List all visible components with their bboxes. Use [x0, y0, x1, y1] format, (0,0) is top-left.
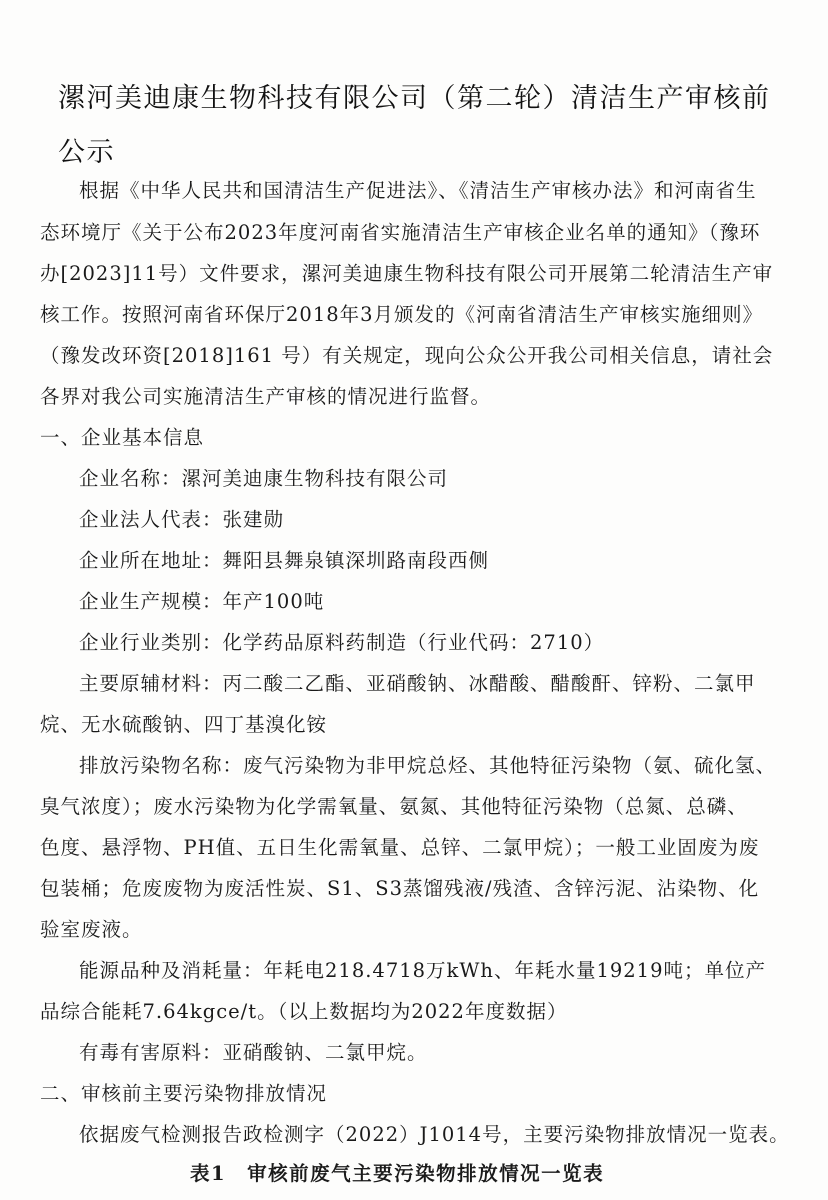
title-line-1: 漯河美迪康生物科技有限公司（第二轮）清洁生产审核前	[58, 72, 778, 126]
intro-line-2: 态环境厅《关于公布2023年度河南省实施清洁生产审核企业名单的通知》（豫环	[40, 220, 800, 246]
pollutants-line-1: 排放污染物名称：废气污染物为非甲烷总烃、其他特征污染物（氨、硫化氢、	[79, 753, 828, 779]
pollutants-line-3: 色度、悬浮物、PH值、五日生化需氧量、总锌、二氯甲烷）；一般工业固废为废	[40, 835, 800, 861]
title-line-2: 公示	[58, 126, 778, 180]
energy-line-1: 能源品种及消耗量：年耗电218.4718万kWh、年耗水量19219吨；单位产	[79, 958, 828, 984]
materials-line-1: 主要原辅材料：丙二酸二乙酯、亚硝酸钠、冰醋酸、醋酸酐、锌粉、二氯甲	[79, 671, 828, 697]
pollutants-line-5: 验室废液。	[40, 917, 800, 943]
pollutants-line-2: 臭气浓度）；废水污染物为化学需氧量、氨氮、其他特征污染物（总氮、总磷、	[40, 794, 800, 820]
energy-line-2: 品综合能耗7.64kgce/t。（以上数据均为2022年度数据）	[40, 999, 800, 1025]
section-2-text: 依据废气检测报告政检测字（2022）J1014号，主要污染物排放情况一览表。	[79, 1122, 828, 1148]
table-caption: 表1 审核前废气主要污染物排放情况一览表	[190, 1161, 828, 1187]
intro-line-6: 各界对我公司实施清洁生产审核的情况进行监督。	[40, 384, 800, 410]
intro-line-4: 核工作。按照河南省环保厅2018年3月颁发的《河南省清洁生产审核实施细则》	[40, 302, 800, 328]
materials-line-2: 烷、无水硫酸钠、四丁基溴化铵	[40, 712, 800, 738]
intro-line-3: 办[2023]11号）文件要求，漯河美迪康生物科技有限公司开展第二轮清洁生产审	[40, 261, 800, 287]
industry-category: 企业行业类别：化学药品原料药制造（行业代码：2710）	[79, 630, 828, 656]
legal-representative: 企业法人代表：张建勋	[79, 507, 828, 533]
section-1-heading: 一、企业基本信息	[40, 425, 800, 451]
company-address: 企业所在地址：舞阳县舞泉镇深圳路南段西侧	[79, 548, 828, 574]
pollutants-line-4: 包装桶；危废废物为废活性炭、S1、S3蒸馏残液/残渣、含锌污泥、沾染物、化	[40, 876, 800, 902]
toxic-materials: 有毒有害原料：亚硝酸钠、二氯甲烷。	[79, 1040, 828, 1066]
document-title: 漯河美迪康生物科技有限公司（第二轮）清洁生产审核前 公示	[58, 72, 778, 180]
section-2-heading: 二、审核前主要污染物排放情况	[40, 1081, 800, 1107]
intro-line-1: 根据《中华人民共和国清洁生产促进法》、《清洁生产审核办法》和河南省生	[79, 178, 828, 204]
production-scale: 企业生产规模：年产100吨	[79, 589, 828, 615]
intro-line-5: （豫发改环资[2018]161 号）有关规定，现向公众公开我公司相关信息，请社会	[40, 343, 800, 369]
company-name: 企业名称：漯河美迪康生物科技有限公司	[79, 466, 828, 492]
